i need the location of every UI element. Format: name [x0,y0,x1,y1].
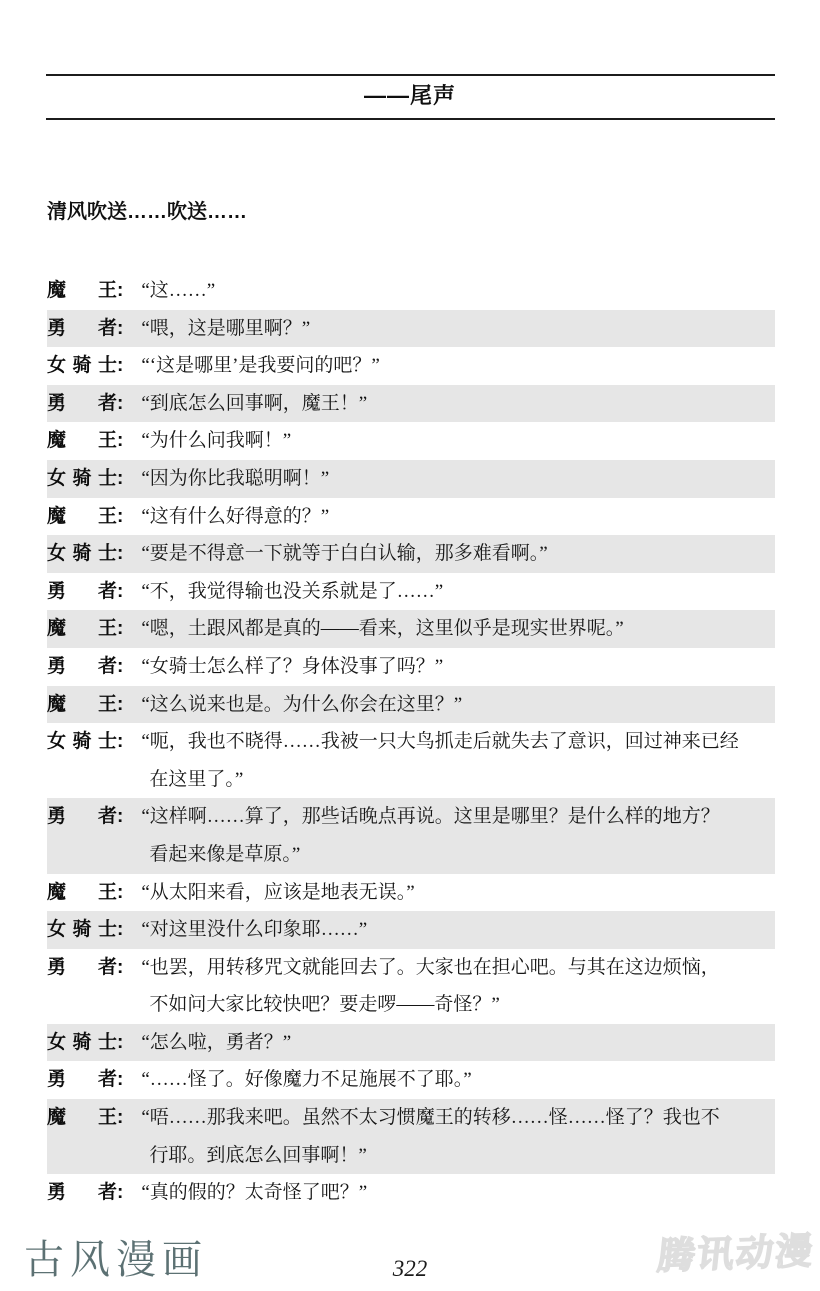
dialogue-row: 勇者: “……怪了。好像魔力不足施展不了耶。” [47,1061,775,1099]
dialogue-row: 魔王: “这么说来也是。为什么你会在这里？” [47,686,775,724]
dialogue-row: 女骑士: “怎么啦，勇者？” [47,1024,775,1062]
dialogue-list: 魔王: “这……” 勇者: “喂，这是哪里啊？” 女骑士: “‘这是哪里’是我要… [47,272,775,1212]
speaker-name: 女骑士 [47,1024,117,1062]
dialogue-row: 魔王: “唔……那我来吧。虽然不太习惯魔王的转移……怪……怪了？我也不 行耶。到… [47,1099,775,1174]
dialogue-row: 女骑士: “呃，我也不晓得……我被一只大鸟抓走后就失去了意识，回过神来已经 在这… [47,723,775,798]
speaker-colon: : [117,347,123,385]
speaker-colon: : [117,498,123,536]
header-rule-bottom [46,118,775,120]
dialogue-row: 魔王: “这……” [47,272,775,310]
dialogue-text: “……怪了。好像魔力不足施展不了耶。” [141,1061,775,1099]
speaker-colon: : [117,310,123,348]
dialogue-row: 勇者: “喂，这是哪里啊？” [47,310,775,348]
speaker-name: 魔王 [47,610,117,648]
speaker-name: 勇者 [47,1061,117,1099]
dialogue-row: 勇者: “真的假的？太奇怪了吧？” [47,1174,775,1212]
dialogue-row: 勇者: “不，我觉得输也没关系就是了……” [47,573,775,611]
speaker-colon: : [117,1099,123,1137]
dialogue-row: 勇者: “到底怎么回事啊，魔王！” [47,385,775,423]
speaker-colon: : [117,949,123,987]
speaker-name: 勇者 [47,1174,117,1212]
speaker-name: 魔王 [47,1099,117,1137]
speaker-colon: : [117,874,123,912]
speaker-name: 勇者 [47,949,117,987]
speaker-colon: : [117,272,123,310]
dialogue-row: 魔王: “为什么问我啊！” [47,422,775,460]
dialogue-text: “这么说来也是。为什么你会在这里？” [141,686,775,724]
dialogue-text: “也罢，用转移咒文就能回去了。大家也在担心吧。与其在这边烦恼， 不如问大家比较快… [141,949,775,1024]
speaker-name: 魔王 [47,874,117,912]
dialogue-text: “怎么啦，勇者？” [141,1024,775,1062]
header-rule-top [46,74,775,76]
speaker-colon: : [117,422,123,460]
speaker-name: 女骑士 [47,723,117,761]
dialogue-text: “因为你比我聪明啊！” [141,460,775,498]
speaker-name: 勇者 [47,310,117,348]
speaker-name: 勇者 [47,573,117,611]
dialogue-row: 魔王: “嗯，土跟风都是真的——看来，这里似乎是现实世界呢。” [47,610,775,648]
dialogue-row: 魔王: “这有什么好得意的？” [47,498,775,536]
dialogue-text: “不，我觉得输也没关系就是了……” [141,573,775,611]
dialogue-text: “呃，我也不晓得……我被一只大鸟抓走后就失去了意识，回过神来已经 在这里了。” [141,723,775,798]
chapter-title: ——尾声 [0,83,820,109]
book-page: ——尾声 清风吹送……吹送…… 魔王: “这……” 勇者: “喂，这是哪里啊？”… [0,0,820,1291]
dialogue-row: 女骑士: “对这里没什么印象耶……” [47,911,775,949]
dialogue-text: “喂，这是哪里啊？” [141,310,775,348]
speaker-colon: : [117,723,123,761]
dialogue-text: “这有什么好得意的？” [141,498,775,536]
dialogue-text: “到底怎么回事啊，魔王！” [141,385,775,423]
dialogue-text: “嗯，土跟风都是真的——看来，这里似乎是现实世界呢。” [141,610,775,648]
dialogue-text: “对这里没什么印象耶……” [141,911,775,949]
speaker-name: 勇者 [47,648,117,686]
speaker-colon: : [117,1174,123,1212]
speaker-name: 勇者 [47,385,117,423]
dialogue-text: “为什么问我啊！” [141,422,775,460]
speaker-colon: : [117,573,123,611]
speaker-colon: : [117,686,123,724]
tencent-comics-watermark: 腾讯动漫 [655,1229,816,1278]
speaker-colon: : [117,610,123,648]
speaker-colon: : [117,535,123,573]
dialogue-text: “女骑士怎么样了？身体没事了吗？” [141,648,775,686]
dialogue-row: 勇者: “女骑士怎么样了？身体没事了吗？” [47,648,775,686]
section-heading: 清风吹送……吹送…… [47,200,247,224]
speaker-colon: : [117,1024,123,1062]
dialogue-row: 勇者: “这样啊……算了，那些话晚点再说。这里是哪里？是什么样的地方？ 看起来像… [47,798,775,873]
dialogue-text: “真的假的？太奇怪了吧？” [141,1174,775,1212]
dialogue-row: 女骑士: “因为你比我聪明啊！” [47,460,775,498]
dialogue-text: “唔……那我来吧。虽然不太习惯魔王的转移……怪……怪了？我也不 行耶。到底怎么回… [141,1099,775,1174]
speaker-name: 女骑士 [47,460,117,498]
dialogue-text: “要是不得意一下就等于白白认输，那多难看啊。” [141,535,775,573]
dialogue-row: 魔王: “从太阳来看，应该是地表无误。” [47,874,775,912]
dialogue-text: “‘这是哪里’是我要问的吧？” [141,347,775,385]
speaker-colon: : [117,798,123,836]
dialogue-text: “这样啊……算了，那些话晚点再说。这里是哪里？是什么样的地方？ 看起来像是草原。… [141,798,775,873]
dialogue-row: 女骑士: “‘这是哪里’是我要问的吧？” [47,347,775,385]
dialogue-text: “这……” [141,272,775,310]
speaker-name: 勇者 [47,798,117,836]
speaker-colon: : [117,648,123,686]
dialogue-row: 勇者: “也罢，用转移咒文就能回去了。大家也在担心吧。与其在这边烦恼， 不如问大… [47,949,775,1024]
speaker-name: 魔王 [47,686,117,724]
speaker-colon: : [117,911,123,949]
dialogue-row: 女骑士: “要是不得意一下就等于白白认输，那多难看啊。” [47,535,775,573]
speaker-name: 女骑士 [47,535,117,573]
speaker-colon: : [117,460,123,498]
speaker-name: 魔王 [47,422,117,460]
dialogue-text: “从太阳来看，应该是地表无误。” [141,874,775,912]
speaker-name: 魔王 [47,498,117,536]
speaker-name: 女骑士 [47,911,117,949]
speaker-colon: : [117,385,123,423]
speaker-name: 女骑士 [47,347,117,385]
speaker-name: 魔王 [47,272,117,310]
speaker-colon: : [117,1061,123,1099]
